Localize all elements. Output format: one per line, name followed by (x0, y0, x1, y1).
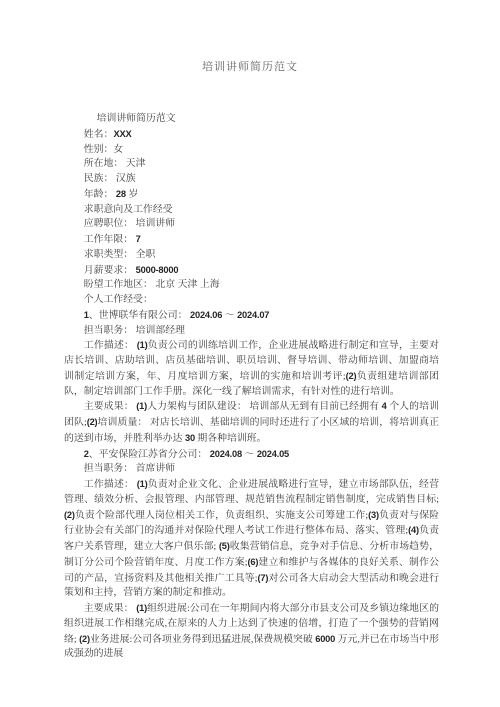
number-run: (1) (137, 340, 148, 350)
paragraph: 主要成果： (1)组织进展:公司在一年期间内将大部分市县支公司及乡镇边缘地区的组… (64, 601, 439, 662)
text-run: 主要成果： (84, 401, 136, 412)
paragraph: 个人工作经受： (64, 293, 439, 308)
number-run: 2024.05 (257, 449, 289, 459)
paragraph: 求职意向及工作经受 (64, 203, 439, 218)
text-run: 盼望工作地区： 北京 天津 上海 (84, 279, 220, 290)
text-run: 期各种培训班。 (195, 433, 267, 444)
paragraph: 性别：女 (64, 143, 439, 158)
paragraph: 所在地： 天津 (64, 157, 439, 172)
paragraph: 担当职务： 首席讲师 (64, 462, 439, 477)
number-run: (3) (368, 510, 379, 520)
paragraph: 主要成果： (1)人力架构与团队建设： 培训部从无到有目前已经拥有 4 个人的培… (64, 399, 439, 446)
number-run: (6) (247, 557, 258, 567)
text-run: 工作年限： (84, 234, 136, 245)
text-run: 个人工作经受： (84, 294, 153, 305)
number-run: 7 (136, 234, 141, 244)
paragraph: 民族： 汉族 (64, 172, 439, 187)
number-run: (2) (79, 634, 90, 644)
number-run: (4) (408, 525, 419, 535)
text-run: 主要成果： (84, 603, 136, 614)
paragraph: 工作年限： 7 (64, 232, 439, 248)
text-run: 民族： 汉族 (84, 173, 136, 184)
number-run: (2) (64, 510, 75, 520)
paragraph: 工作描述： (1)负责公司的训练培训工作，企业进展战略进行制定和宣导，主要对店长… (64, 338, 439, 399)
text-run: ～ (222, 310, 237, 321)
document-body: 培训讲师简历范文姓名：XXX性别：女所在地： 天津民族： 汉族年龄： 28 岁求… (64, 112, 439, 662)
text-run: 姓名： (84, 129, 114, 140)
number-run: 2024.08 (210, 449, 242, 459)
number-run: 2024.07 (237, 310, 269, 320)
paragraph: 培训讲师简历范文 (64, 112, 439, 127)
text-run: 性别：女 (84, 144, 124, 155)
paragraph: 工作描述： (1)负责对企业文化、企业进展战略进行宣导，建立市场部队伍，经营管理… (64, 477, 439, 601)
paragraph: 应聘职位： 培训讲师 (64, 217, 439, 232)
number-run: (1) (136, 401, 147, 411)
text-run: 年龄： (84, 189, 116, 200)
number-run: 6000 (315, 634, 335, 644)
paragraph: 1、世博联华有限公司： 2024.06 ～ 2024.07 (64, 308, 439, 324)
number-run: (2) (87, 417, 98, 427)
number-run: 30 (185, 433, 195, 443)
text-run: ～ (242, 449, 257, 460)
number-run: XXX (113, 129, 131, 139)
number-run: (1) (137, 479, 148, 489)
number-run: (2) (346, 371, 357, 381)
paragraph: 年龄： 28 岁 (64, 187, 439, 203)
paragraph: 2、平安保险江苏省分公司： 2024.08 ～ 2024.05 (64, 447, 439, 463)
text-run: 所在地： 天津 (84, 158, 146, 169)
text-run: 、平安保险江苏省分公司： (89, 449, 210, 460)
number-run: 5000-8000 (136, 265, 179, 275)
text-run: 工作描述： (84, 479, 137, 490)
text-run: 求职意向及工作经受 (84, 204, 173, 215)
number-run: (7) (258, 573, 269, 583)
paragraph: 盼望工作地区： 北京 天津 上海 (64, 278, 439, 293)
text-run: 工作描述： (84, 340, 137, 351)
text-run: 岁 (126, 189, 138, 200)
paragraph: 担当职务： 培训部经理 (64, 324, 439, 339)
number-run: (1) (136, 603, 147, 613)
number-run: 2024.06 (190, 310, 222, 320)
text-run: 、世博联华有限公司： (89, 310, 190, 321)
paragraph: 月薪要求： 5000-8000 (64, 263, 439, 279)
text-run: 人力架构与团队建设： 培训部从无到有目前已经拥有 (147, 401, 382, 412)
text-run: 负责个险部代理人岗位相关工作，负责组织、实施支公司筹建工作; (75, 510, 368, 521)
text-run: 月薪要求： (84, 265, 136, 276)
document-title: 培训讲师简历范文 (0, 58, 500, 74)
document-page: 培训讲师简历范文 培训讲师简历范文姓名：XXX性别：女所在地： 天津民族： 汉族… (0, 0, 500, 707)
text-run: 业务进展:公司各项业务得到迅猛进展,保费规模突破 (90, 634, 315, 645)
paragraph: 姓名：XXX (64, 127, 439, 143)
text-run: 担当职务： 培训部经理 (84, 325, 185, 336)
text-run: 应聘职位： 培训讲师 (84, 218, 175, 229)
number-run: 28 (116, 189, 126, 199)
number-run: (5) (219, 541, 230, 551)
text-run: 担当职务： 首席讲师 (84, 463, 175, 474)
text-run: 求职类型： 全职 (84, 249, 156, 260)
paragraph: 求职类型： 全职 (64, 248, 439, 263)
text-run: 培训讲师简历范文 (97, 113, 176, 124)
